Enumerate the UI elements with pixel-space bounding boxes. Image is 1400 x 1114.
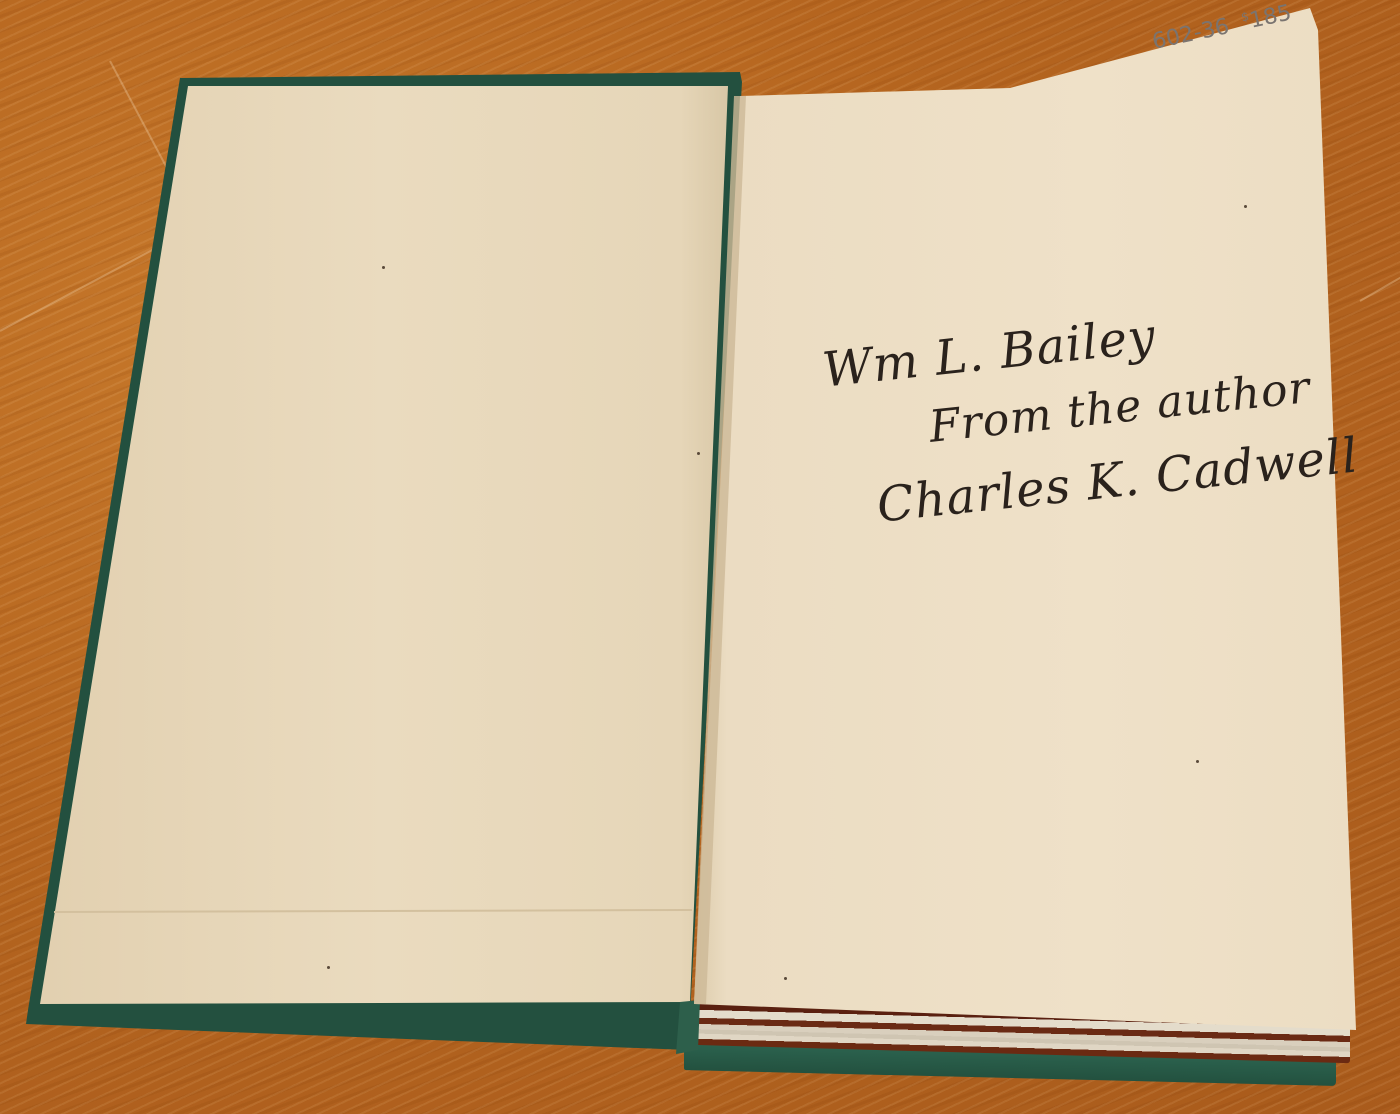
paper-speck — [1196, 760, 1199, 763]
paper-speck — [784, 977, 787, 980]
left-endpaper — [40, 86, 728, 1004]
paper-speck — [382, 266, 385, 269]
spine-corner — [676, 1000, 700, 1054]
paper-speck — [1244, 205, 1247, 208]
right-flyleaf — [694, 8, 1356, 1030]
photo-scene: 602-36$185 Wm L. Bailey From the author … — [0, 0, 1400, 1114]
open-book — [0, 0, 1400, 1114]
paper-speck — [327, 966, 330, 969]
paper-speck — [697, 452, 700, 455]
